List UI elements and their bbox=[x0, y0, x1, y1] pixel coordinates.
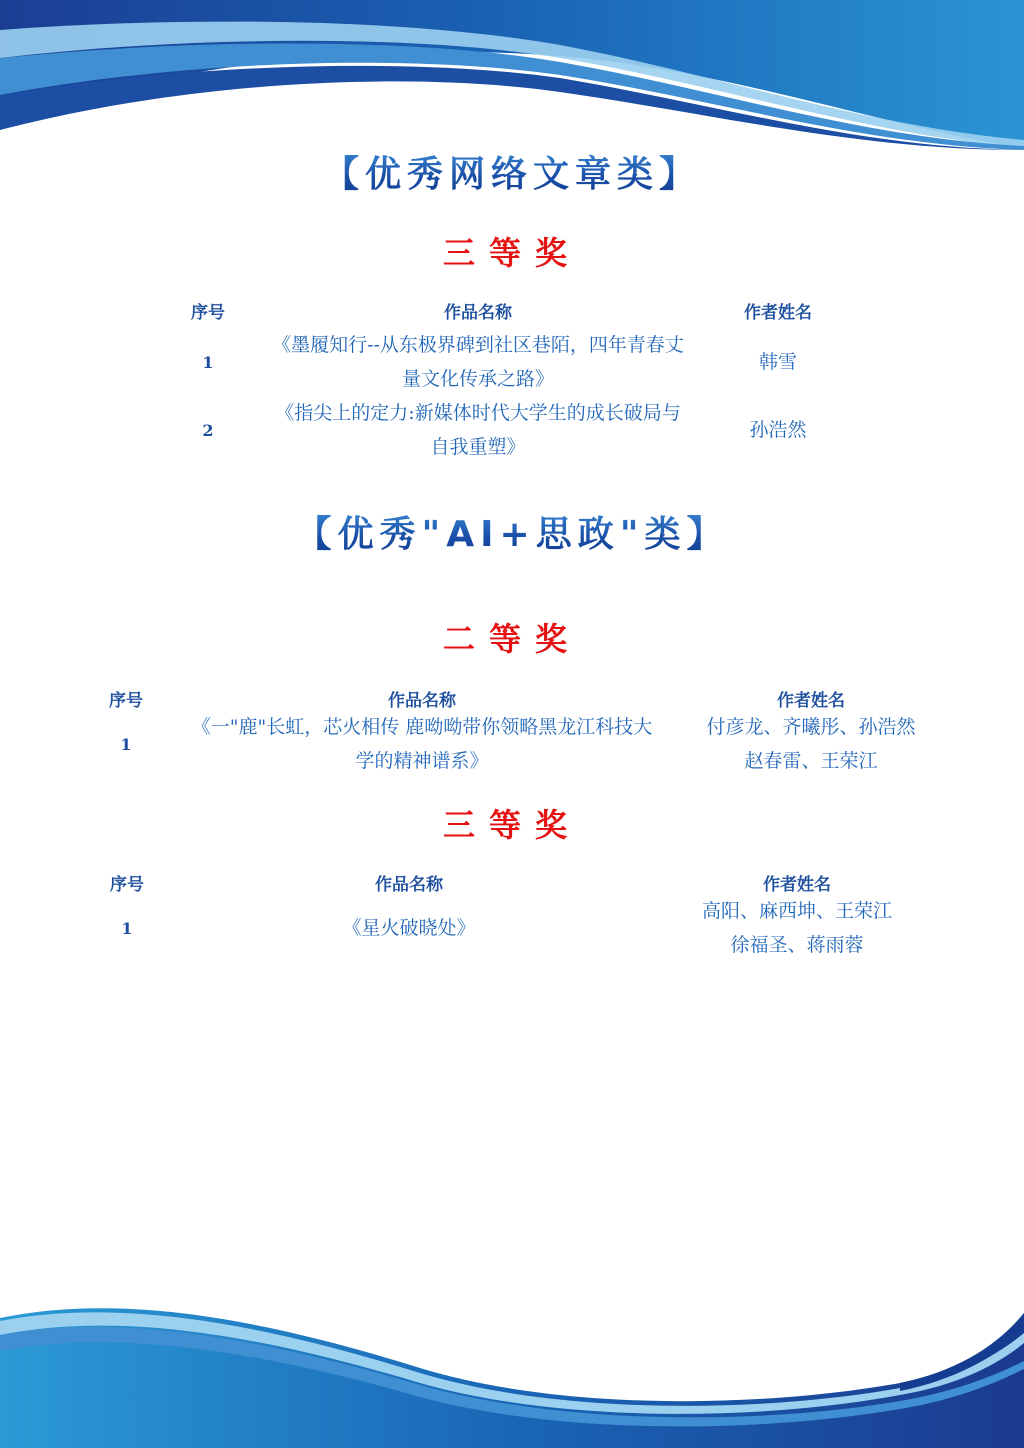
work-line: 学的精神谱系》 bbox=[162, 744, 682, 778]
row-index: 1 bbox=[90, 919, 164, 938]
award-level-third-prize: 三等奖 bbox=[0, 228, 1024, 274]
award-level-third-prize: 三等奖 bbox=[0, 800, 1024, 846]
table-header-row: 序号 作品名称 作者姓名 bbox=[90, 870, 940, 894]
author-line: 付彦龙、齐曦彤、孙浩然 bbox=[682, 710, 940, 744]
top-wave-decoration bbox=[0, 0, 1024, 150]
work-line: 自我重塑》 bbox=[248, 430, 708, 464]
section-title-network-articles: 【优秀网络文章类】 bbox=[0, 146, 1024, 197]
header-work: 作品名称 bbox=[164, 870, 654, 895]
awards-table-network-third: 序号 作品名称 作者姓名 1 《墨履知行--从东极界碑到社区巷陌，四年青春丈 量… bbox=[168, 298, 848, 464]
row-author: 付彦龙、齐曦彤、孙浩然 赵春雷、王荣江 bbox=[682, 710, 940, 778]
work-line: 《指尖上的定力:新媒体时代大学生的成长破局与 bbox=[248, 396, 708, 430]
row-author: 韩雪 bbox=[708, 345, 848, 379]
header-index: 序号 bbox=[90, 870, 164, 895]
author-line: 高阳、麻西坤、王荣江 bbox=[654, 894, 940, 928]
work-line: 量文化传承之路》 bbox=[248, 362, 708, 396]
table-row: 1 《墨履知行--从东极界碑到社区巷陌，四年青春丈 量文化传承之路》 韩雪 bbox=[168, 328, 848, 396]
table-row: 1 《一"鹿"长虹，芯火相传 鹿呦呦带你领略黑龙江科技大 学的精神谱系》 付彦龙… bbox=[90, 710, 940, 778]
row-work: 《星火破晓处》 bbox=[164, 911, 654, 945]
row-index: 1 bbox=[168, 353, 248, 372]
table-header-row: 序号 作品名称 作者姓名 bbox=[90, 686, 940, 710]
bottom-wave-decoration bbox=[0, 1273, 1024, 1448]
row-author: 孙浩然 bbox=[708, 413, 848, 447]
header-work: 作品名称 bbox=[248, 298, 708, 323]
header-index: 序号 bbox=[90, 686, 162, 711]
row-work: 《一"鹿"长虹，芯火相传 鹿呦呦带你领略黑龙江科技大 学的精神谱系》 bbox=[162, 710, 682, 778]
header-author: 作者姓名 bbox=[682, 686, 940, 711]
awards-table-ai-second: 序号 作品名称 作者姓名 1 《一"鹿"长虹，芯火相传 鹿呦呦带你领略黑龙江科技… bbox=[90, 686, 940, 778]
row-work: 《墨履知行--从东极界碑到社区巷陌，四年青春丈 量文化传承之路》 bbox=[248, 328, 708, 396]
row-author: 高阳、麻西坤、王荣江 徐福圣、蒋雨蓉 bbox=[654, 894, 940, 962]
author-line: 徐福圣、蒋雨蓉 bbox=[654, 928, 940, 962]
work-line: 《墨履知行--从东极界碑到社区巷陌，四年青春丈 bbox=[248, 328, 708, 362]
table-row: 1 《星火破晓处》 高阳、麻西坤、王荣江 徐福圣、蒋雨蓉 bbox=[90, 894, 940, 962]
row-index: 2 bbox=[168, 421, 248, 440]
header-author: 作者姓名 bbox=[708, 298, 848, 323]
header-index: 序号 bbox=[168, 298, 248, 323]
row-index: 1 bbox=[90, 735, 162, 754]
table-row: 2 《指尖上的定力:新媒体时代大学生的成长破局与 自我重塑》 孙浩然 bbox=[168, 396, 848, 464]
header-author: 作者姓名 bbox=[654, 870, 940, 895]
author-line: 赵春雷、王荣江 bbox=[682, 744, 940, 778]
section-title-ai-ideology: 【优秀"AI+思政"类】 bbox=[0, 506, 1024, 557]
header-work: 作品名称 bbox=[162, 686, 682, 711]
row-work: 《指尖上的定力:新媒体时代大学生的成长破局与 自我重塑》 bbox=[248, 396, 708, 464]
table-header-row: 序号 作品名称 作者姓名 bbox=[168, 298, 848, 322]
award-level-second-prize: 二等奖 bbox=[0, 614, 1024, 660]
work-line: 《一"鹿"长虹，芯火相传 鹿呦呦带你领略黑龙江科技大 bbox=[162, 710, 682, 744]
awards-table-ai-third: 序号 作品名称 作者姓名 1 《星火破晓处》 高阳、麻西坤、王荣江 徐福圣、蒋雨… bbox=[90, 870, 940, 962]
